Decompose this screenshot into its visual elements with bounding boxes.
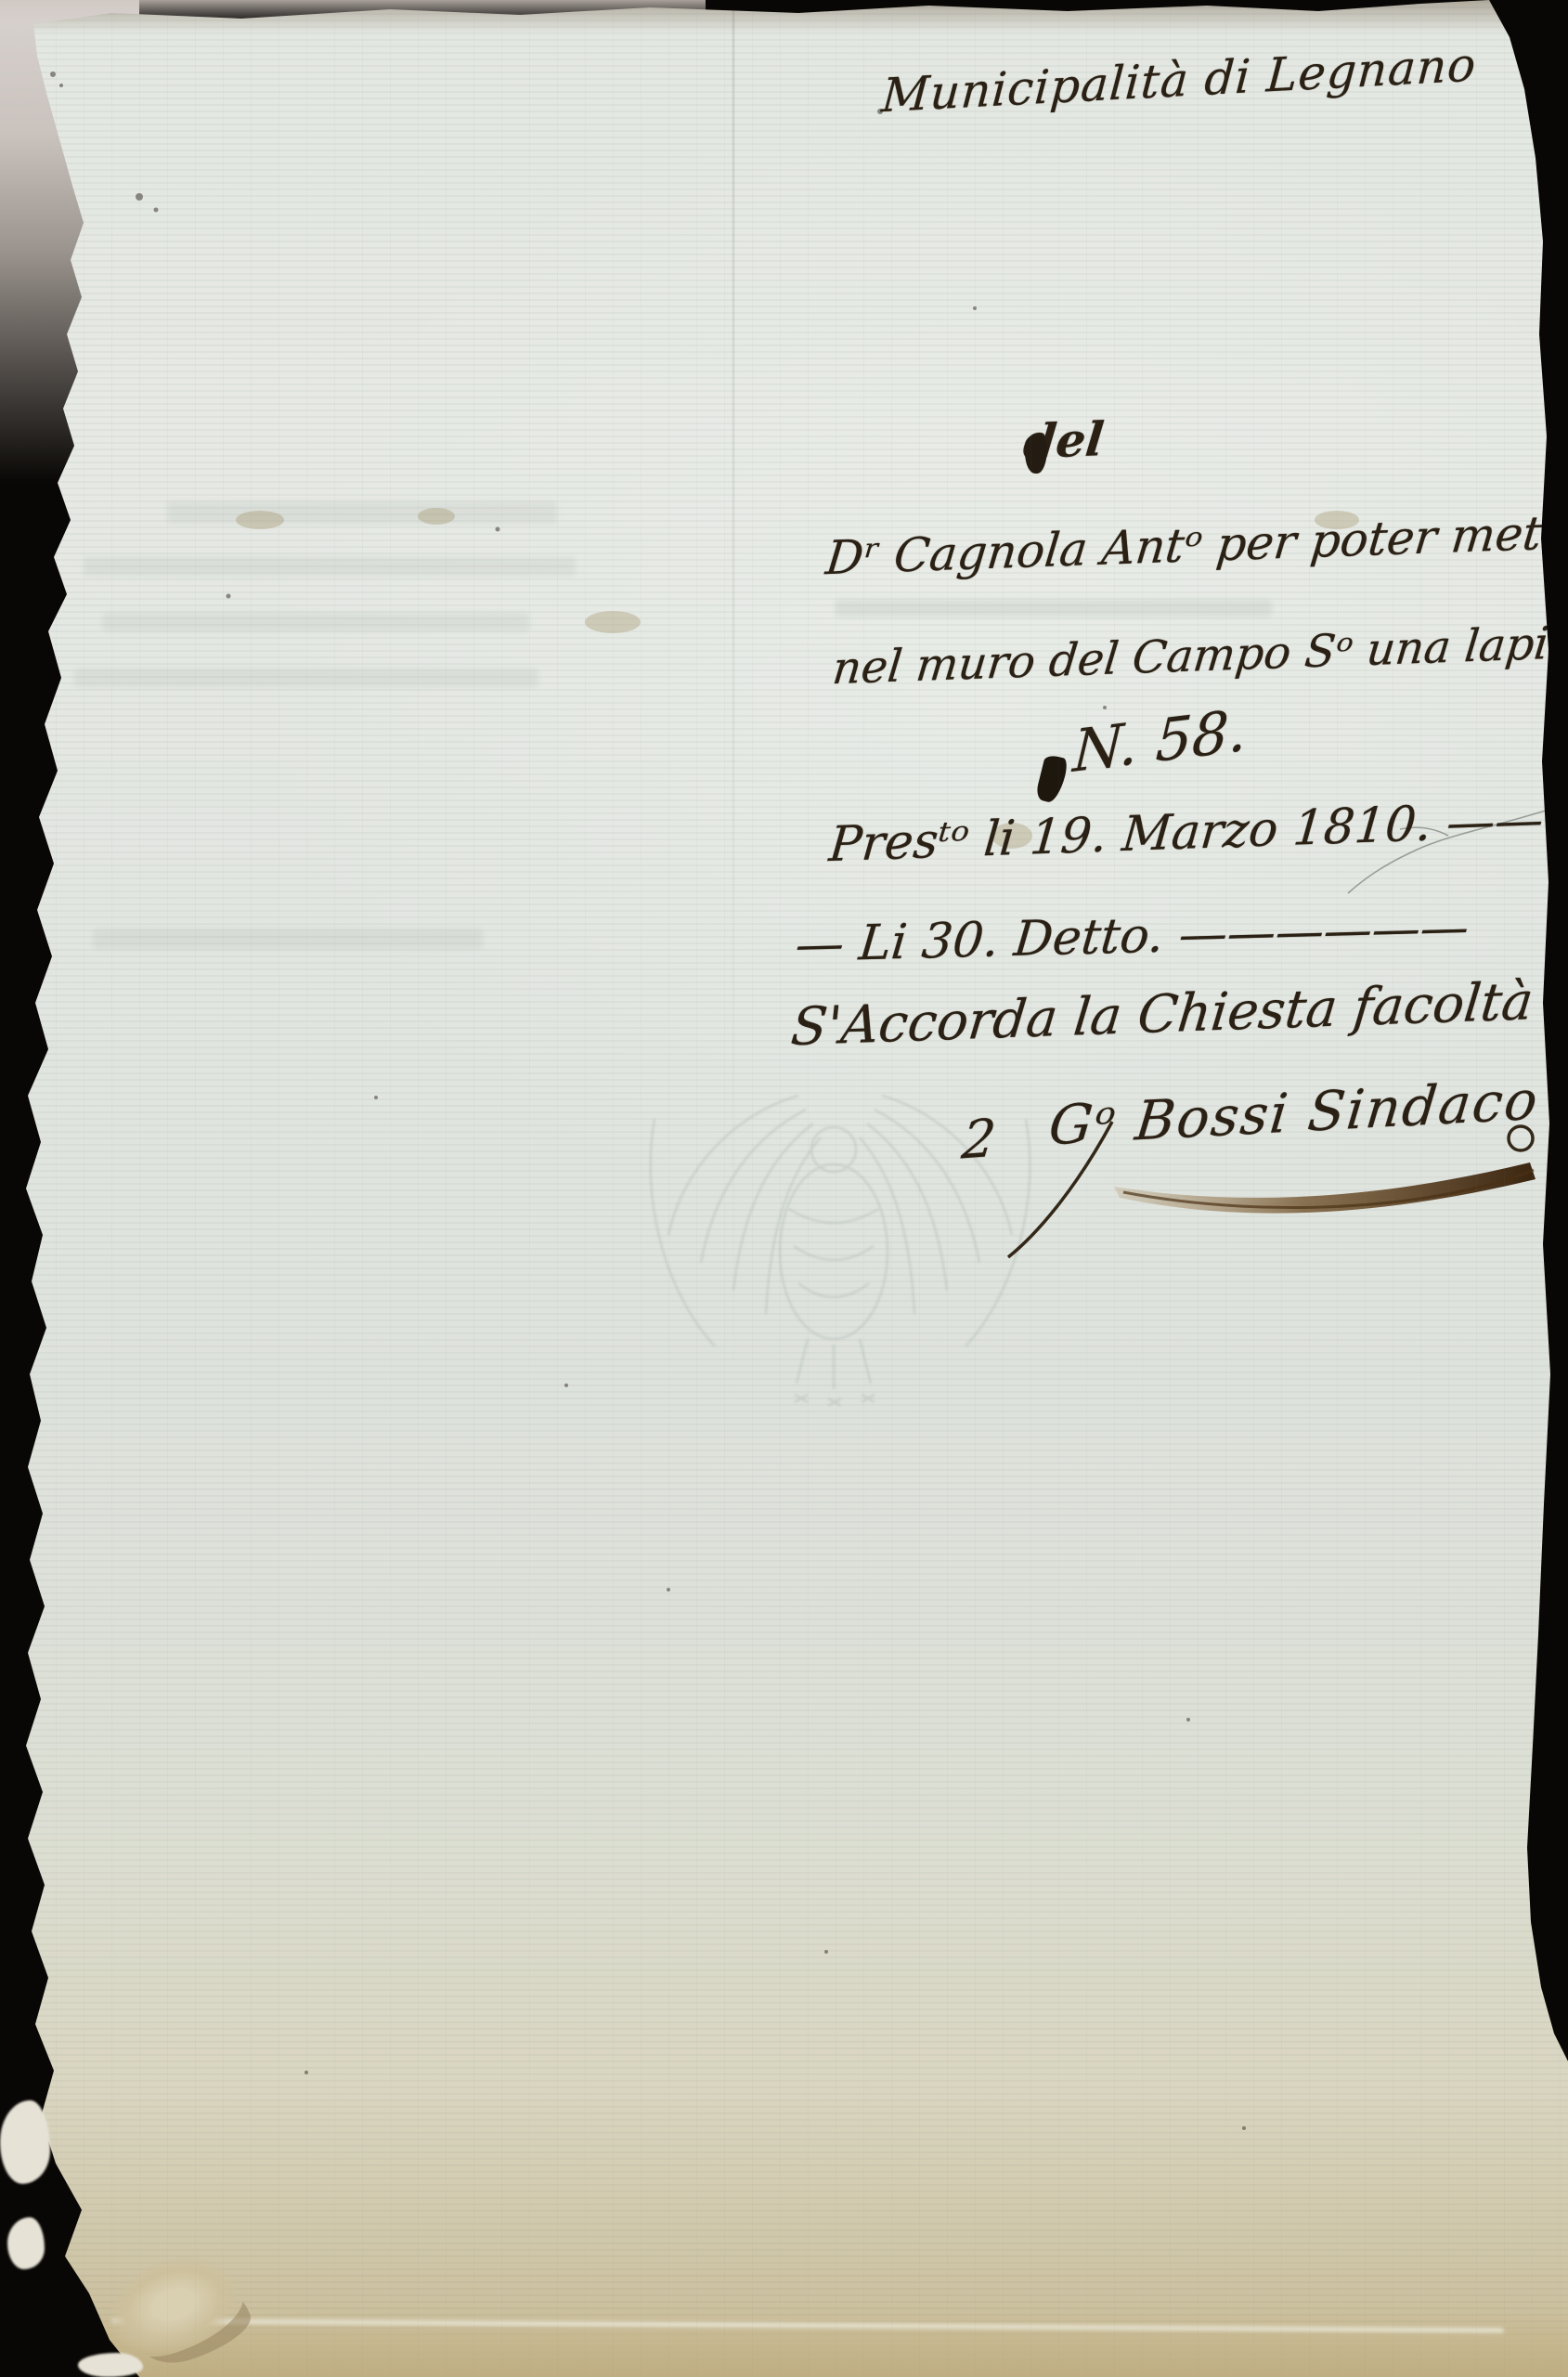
bottom-tan-band	[0, 2312, 1568, 2377]
request-line: nel muro del Campo Sᵒ una lapide	[830, 616, 1568, 695]
signature-paraph: 2	[959, 1109, 998, 1172]
docket-line-del: del	[1021, 411, 1107, 469]
bottom-torn-ridge	[111, 2319, 1504, 2332]
signature-flourish	[1008, 1122, 1536, 1257]
bleedthrough-text	[84, 557, 576, 576]
petitioner-line: Dʳ Cagnola Antᵒ per poter mettere	[823, 502, 1568, 585]
municipality-header: Municipalità di Legnano	[880, 37, 1478, 123]
ink-blot	[1025, 435, 1047, 474]
grant-line: S'Accorda la Chiesta facoltà	[788, 971, 1536, 1058]
signature: Gᵒ Bossi Sindaco	[1046, 1068, 1542, 1157]
second-date-line: — Li 30. Detto. ——————	[793, 900, 1471, 973]
photo-of-manuscript: Municipalità di Legnano del Dʳ Cagnola A…	[0, 0, 1568, 2377]
eagle-watermark	[651, 1096, 1030, 1406]
protocol-number: N. 58.	[1071, 695, 1249, 786]
torn-paper-fiber	[0, 2100, 50, 2184]
bleedthrough-text	[836, 600, 1272, 617]
torn-paper-fiber	[78, 2353, 143, 2377]
bleedthrough-text	[167, 501, 557, 524]
bleedthrough-text	[74, 669, 538, 687]
paper-crack	[1348, 810, 1549, 893]
presentation-date-line: Presᵗᵒ li 19. Marzo 1810. ——	[827, 792, 1546, 873]
paper-sheet: Municipalità di Legnano del Dʳ Cagnola A…	[0, 0, 1568, 2377]
vertical-fold-crease	[732, 0, 734, 1411]
paper-marks-layer	[0, 0, 1568, 2377]
paper-damage-spot	[93, 2239, 254, 2370]
tan-stains	[236, 508, 1359, 849]
bleedthrough-text	[102, 613, 529, 631]
paper-specks	[50, 71, 1246, 2130]
bleedthrough-text	[93, 929, 483, 949]
torn-paper-fiber	[7, 2217, 45, 2269]
ink-blot	[1034, 754, 1069, 805]
